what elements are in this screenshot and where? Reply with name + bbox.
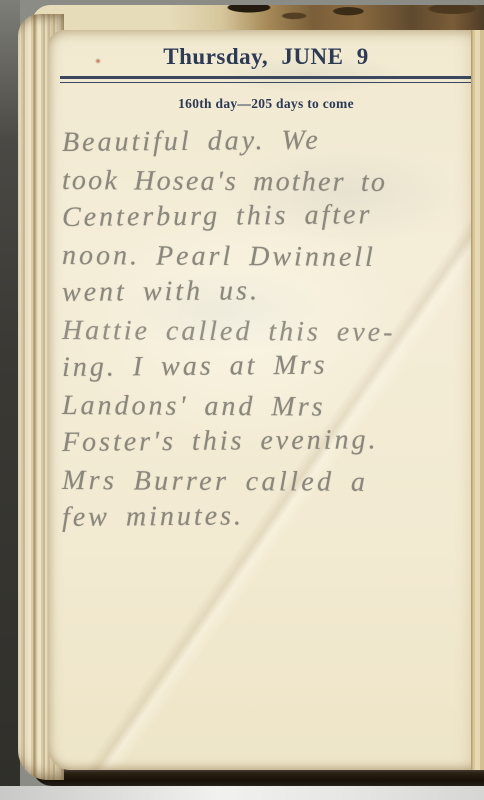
scanned-diary-photo: Thursday, JUNE 9 160th day—205 days to c… xyxy=(0,0,484,800)
handwritten-entry: Beautiful day. We took Hosea's mother to… xyxy=(62,124,474,537)
binding-gutter xyxy=(471,30,484,770)
handwriting-line: Foster's this evening. xyxy=(62,420,474,461)
diary-page: Thursday, JUNE 9 160th day—205 days to c… xyxy=(48,30,484,770)
handwriting-line: Beautiful day. We xyxy=(62,120,474,161)
scanner-background-left xyxy=(0,0,20,792)
handwriting-line: few minutes. xyxy=(62,495,474,536)
handwriting-line: ing. I was at Mrs xyxy=(62,345,474,386)
date-title: Thursday, JUNE 9 xyxy=(48,44,484,70)
day-count-subtitle: 160th day—205 days to come xyxy=(48,95,484,112)
scanner-background-bottom xyxy=(0,786,484,800)
double-rule-divider xyxy=(60,76,480,83)
handwriting-line: went with us. xyxy=(62,270,474,311)
diary-book: Thursday, JUNE 9 160th day—205 days to c… xyxy=(18,6,484,786)
handwriting-line: Centerburg this after xyxy=(62,195,474,236)
